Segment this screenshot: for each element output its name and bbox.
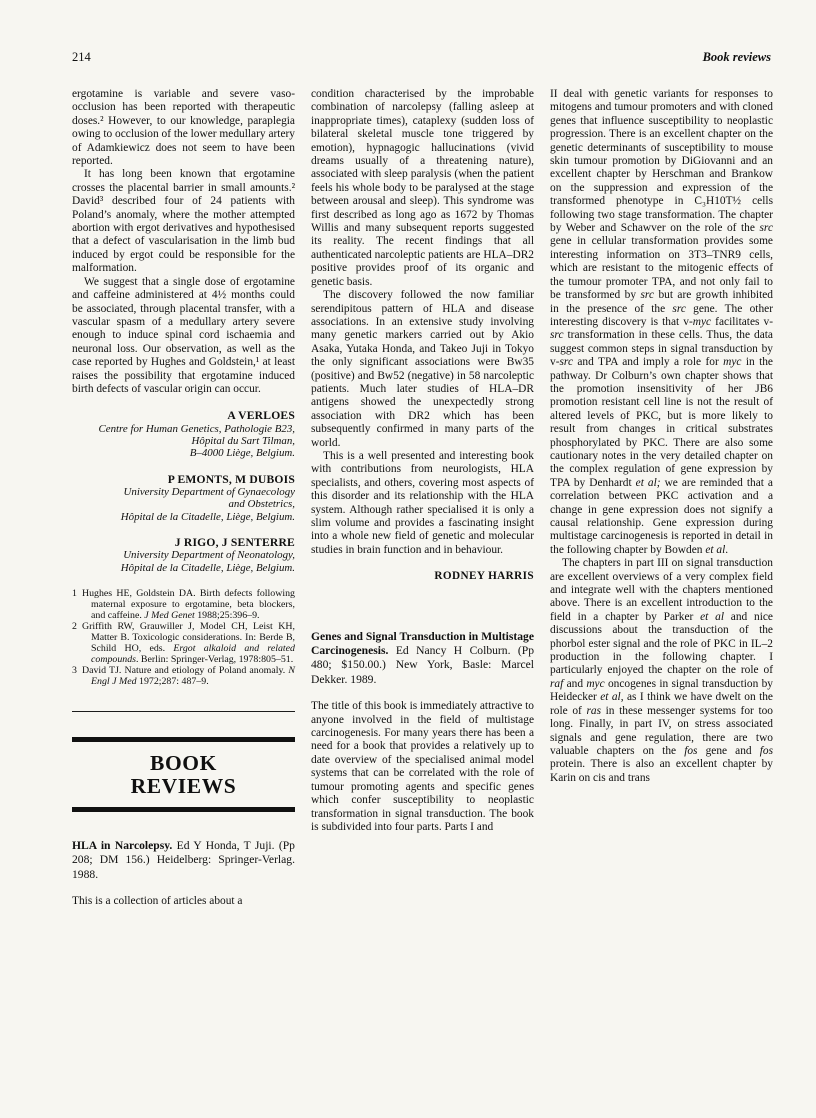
column-right: II deal with genetic variants for respon… xyxy=(550,88,773,909)
reference-number: 2 xyxy=(72,621,77,632)
book-citation-genes: Genes and Signal Transduction in Multist… xyxy=(311,630,534,688)
signature-affiliation-line: Hôpital de la Citadelle, Liège, Belgium. xyxy=(72,511,295,523)
divider-thick-top xyxy=(72,737,295,742)
book-citation-narcolepsy: HLA in Narcolepsy. Ed Y Honda, T Juji. (… xyxy=(72,839,295,882)
section-heading-line: REVIEWS xyxy=(72,775,295,798)
signature-affiliation-line: B–4000 Liège, Belgium. xyxy=(72,447,295,459)
column-middle: condition characterised by the improbabl… xyxy=(311,88,534,909)
letter-paragraph: We suggest that a single dose of ergotam… xyxy=(72,276,295,397)
signature-block: A VERLOES Centre for Human Genetics, Pat… xyxy=(72,409,295,459)
page-header: 214 Book reviews xyxy=(72,50,771,65)
section-heading: BOOK REVIEWS xyxy=(72,752,295,798)
journal-page: 214 Book reviews ergotamine is variable … xyxy=(0,0,816,909)
signature-name: A VERLOES xyxy=(72,409,295,422)
signature-affiliation-line: Hôpital de la Citadelle, Liège, Belgium. xyxy=(72,562,295,574)
column-left: ergotamine is variable and severe vaso-o… xyxy=(72,88,295,909)
page-number: 214 xyxy=(72,50,91,65)
signature-affiliation-line: Hôpital du Sart Tilman, xyxy=(72,435,295,447)
reference-number: 3 xyxy=(72,665,77,676)
reference-item: 2Griffith RW, Grauwiller J, Model CH, Le… xyxy=(72,621,295,665)
review-paragraph: The chapters in part III on signal trans… xyxy=(550,557,773,785)
reference-text: David TJ. Nature and etiology of Poland … xyxy=(82,665,295,687)
letter-paragraph: ergotamine is variable and severe vaso-o… xyxy=(72,88,295,168)
reference-text: Griffith RW, Grauwiller J, Model CH, Lei… xyxy=(82,621,295,665)
signature-name: J RIGO, J SENTERRE xyxy=(72,536,295,549)
signature-block: P EMONTS, M DUBOIS University Department… xyxy=(72,473,295,523)
letter-paragraph: It has long been known that ergotamine c… xyxy=(72,168,295,275)
signature-affiliation-line: Centre for Human Genetics, Pathologie B2… xyxy=(72,423,295,435)
reference-item: 1Hughes HE, Goldstein DA. Birth defects … xyxy=(72,588,295,621)
signature-name: P EMONTS, M DUBOIS xyxy=(72,473,295,486)
divider-thick-bottom xyxy=(72,807,295,812)
signature-affiliation-line: University Department of Neonatology, xyxy=(72,549,295,561)
section-heading-line: BOOK xyxy=(72,752,295,775)
reviewer-byline: RODNEY HARRIS xyxy=(311,570,534,583)
review-paragraph: The title of this book is immediately at… xyxy=(311,700,534,834)
reference-number: 1 xyxy=(72,588,77,599)
signature-affiliation-line: University Department of Gynaecology xyxy=(72,486,295,498)
reference-list: 1Hughes HE, Goldstein DA. Birth defects … xyxy=(72,588,295,687)
signature-block: J RIGO, J SENTERRE University Department… xyxy=(72,536,295,574)
reference-item: 3David TJ. Nature and etiology of Poland… xyxy=(72,665,295,687)
text-columns: ergotamine is variable and severe vaso-o… xyxy=(72,88,816,909)
divider-thin xyxy=(72,711,295,712)
reference-text: Hughes HE, Goldstein DA. Birth defects f… xyxy=(82,588,295,621)
review-paragraph: II deal with genetic variants for respon… xyxy=(550,88,773,557)
review-paragraph: This is a collection of articles about a xyxy=(72,895,295,908)
signature-affiliation-line: and Obstetrics, xyxy=(72,498,295,510)
review-paragraph: The discovery followed the now familiar … xyxy=(311,289,534,450)
running-head: Book reviews xyxy=(703,50,771,65)
review-paragraph: condition characterised by the improbabl… xyxy=(311,88,534,289)
review-paragraph: This is a well presented and interesting… xyxy=(311,450,534,557)
